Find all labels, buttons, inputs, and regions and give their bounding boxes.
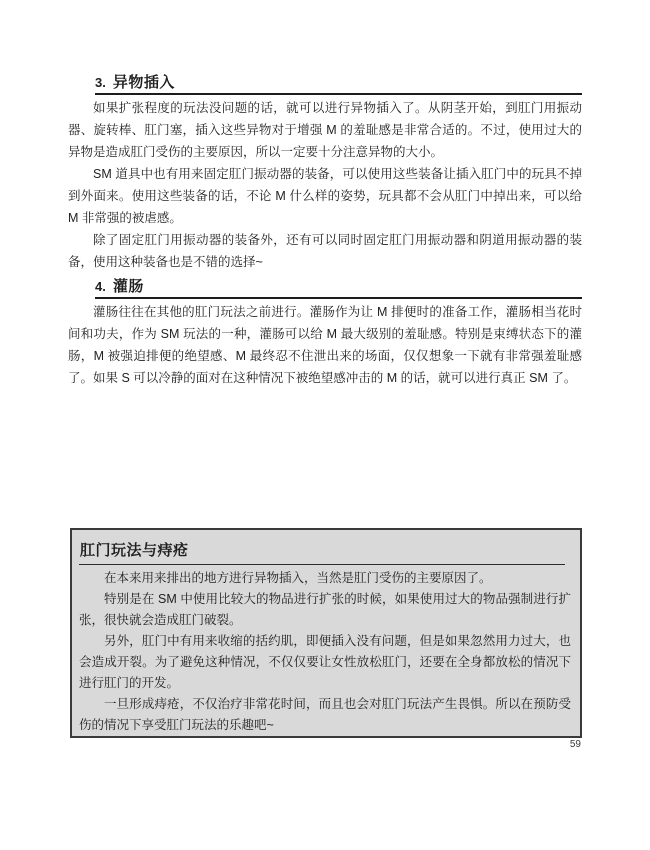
section-4-paragraph-1: 灌肠往往在其他的肛门玩法之前进行。灌肠作为让 M 排便时的准备工作，灌肠相当花时… xyxy=(68,301,582,389)
callout-paragraph-1: 在本来用来排出的地方进行异物插入，当然是肛门受伤的主要原因了。 xyxy=(79,568,571,589)
section-3-heading: 3.异物插入 xyxy=(95,74,582,95)
section-3-paragraph-1: 如果扩张程度的玩法没问题的话，就可以进行异物插入了。从阴茎开始，到肛门用振动器、… xyxy=(68,97,582,163)
section-4: 4.灌肠 灌肠往往在其他的肛门玩法之前进行。灌肠作为让 M 排便时的准备工作，灌… xyxy=(68,278,582,389)
section-3-paragraph-3: 除了固定肛门用振动器的装备外，还有可以同时固定肛门用振动器和阴道用振动器的装备，… xyxy=(68,229,582,273)
page-number: 59 xyxy=(570,739,581,750)
callout-paragraph-3: 另外，肛门中有用来收缩的括约肌，即便插入没有问题，但是如果忽然用力过大，也会造成… xyxy=(79,631,571,694)
callout-paragraph-2: 特别是在 SM 中使用比较大的物品进行扩张的时候，如果使用过大的物品强制进行扩张… xyxy=(79,589,571,631)
callout-box: 肛门玩法与痔疮 在本来用来排出的地方进行异物插入，当然是肛门受伤的主要原因了。 … xyxy=(70,528,582,738)
section-3-paragraph-2: SM 道具中也有用来固定肛门振动器的装备，可以使用这些装备让插入肛门中的玩具不掉… xyxy=(68,163,582,229)
callout-box-title: 肛门玩法与痔疮 xyxy=(79,537,565,565)
section-3-number: 3. xyxy=(95,75,106,90)
callout-paragraph-4: 一旦形成痔疮，不仅治疗非常花时间，而且也会对肛门玩法产生畏惧。所以在预防受伤的情… xyxy=(79,694,571,736)
section-3-title: 异物插入 xyxy=(113,74,175,91)
section-4-heading: 4.灌肠 xyxy=(95,278,582,299)
section-4-title: 灌肠 xyxy=(113,278,144,295)
section-3: 3.异物插入 如果扩张程度的玩法没问题的话，就可以进行异物插入了。从阴茎开始，到… xyxy=(68,74,582,273)
section-4-number: 4. xyxy=(95,279,106,294)
document-page: 3.异物插入 如果扩张程度的玩法没问题的话，就可以进行异物插入了。从阴茎开始，到… xyxy=(68,74,582,389)
